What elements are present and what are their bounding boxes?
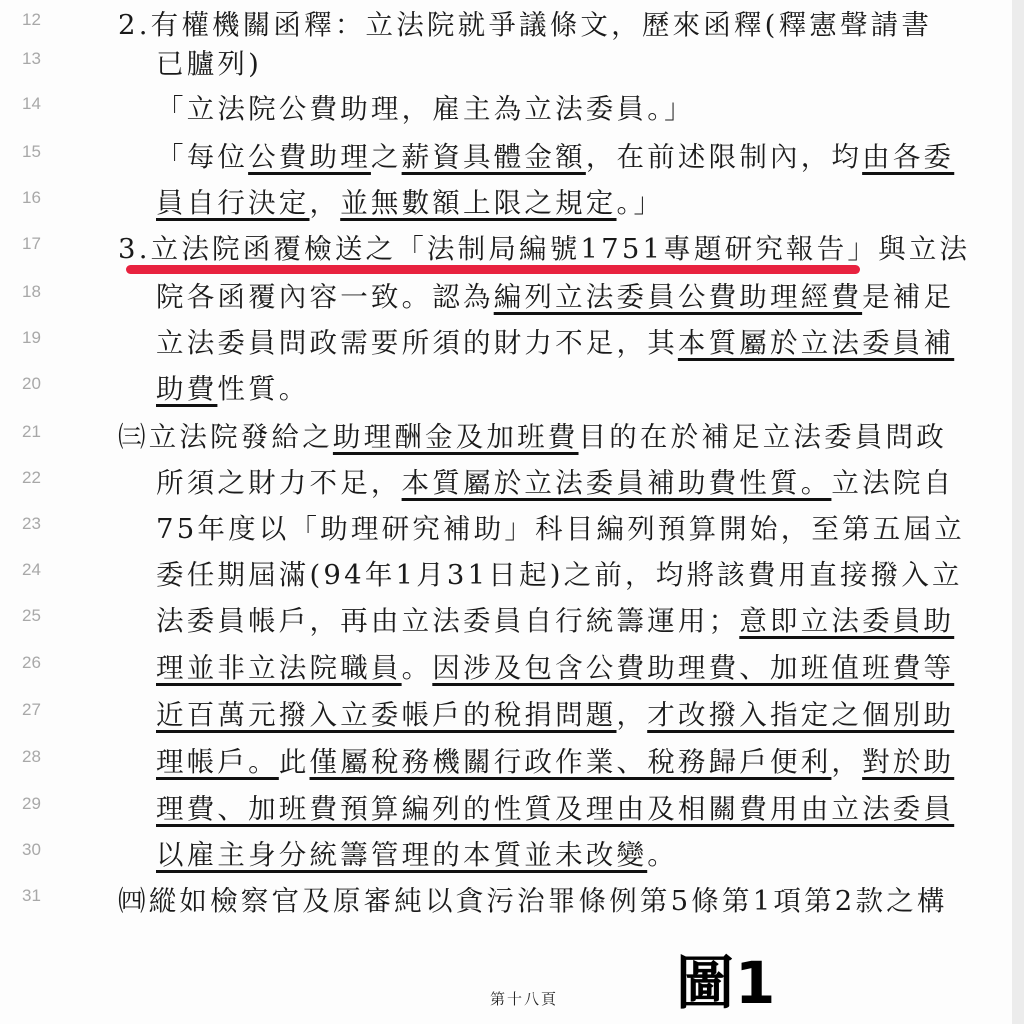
line-text: 近百萬元撥入立委帳戶的稅捐問題，才改撥入指定之個別助 bbox=[156, 692, 954, 738]
figure-label: 圖1 bbox=[676, 948, 776, 1018]
document-line: 21㈢立法院發給之助理酬金及加班費目的在於補足立法委員問政 bbox=[0, 414, 1012, 460]
red-highlight-underline bbox=[126, 265, 860, 274]
text-segment: ， bbox=[831, 746, 862, 778]
document-line: 16員自行決定，並無數額上限之規定。」 bbox=[0, 180, 1012, 226]
underlined-text: 才改撥入指定之個別助 bbox=[647, 699, 954, 731]
line-text: 「立法院公費助理，雇主為立法委員。」 bbox=[156, 86, 695, 132]
document-line: 26理並非立法院職員。因涉及包含公費助理費、加班值班費等 bbox=[0, 645, 1012, 691]
document-line: 28理帳戶。此僅屬稅務機關行政作業、稅務歸戶便利，對於助 bbox=[0, 739, 1012, 785]
line-text: 委任期屆滿(94年1月31日起)之前，均將該費用直接撥入立 bbox=[156, 552, 963, 598]
document-line: 27近百萬元撥入立委帳戶的稅捐問題，才改撥入指定之個別助 bbox=[0, 692, 1012, 738]
underlined-text: 僅屬稅務機關行政作業、稅務歸戶便利 bbox=[310, 746, 832, 778]
document-line: 13已臚列) bbox=[0, 41, 1012, 87]
text-segment: 。 bbox=[647, 839, 678, 871]
underlined-text: 並無數額上限之規定 bbox=[340, 187, 616, 219]
underlined-text: 本質屬於立法委員補助費性質。 bbox=[402, 467, 832, 499]
text-segment: 「立法院公費助理，雇主為立法委員。」 bbox=[156, 93, 695, 125]
underlined-text: 意即立法委員助 bbox=[739, 605, 954, 637]
text-segment: 75年度以「助理研究補助」科目編列預算開始，至第五屆立 bbox=[156, 513, 965, 545]
document-line: 24委任期屆滿(94年1月31日起)之前，均將該費用直接撥入立 bbox=[0, 552, 1012, 598]
line-text: 所須之財力不足，本質屬於立法委員補助費性質。立法院自 bbox=[156, 460, 954, 506]
text-segment: 。」 bbox=[617, 187, 665, 219]
text-segment: 是補足 bbox=[862, 281, 954, 313]
line-text: 以雇主身分統籌管理的本質並未改變。 bbox=[156, 832, 678, 878]
line-number: 17 bbox=[22, 234, 56, 254]
underlined-text: 助費 bbox=[156, 373, 217, 405]
line-text: ㈢立法院發給之助理酬金及加班費目的在於補足立法委員問政 bbox=[118, 414, 947, 460]
line-text: 理費、加班費預算編列的性質及理由及相關費用由立法委員 bbox=[156, 786, 954, 832]
document-line: 2375年度以「助理研究補助」科目編列預算開始，至第五屆立 bbox=[0, 506, 1012, 552]
text-segment: 2.有權機關函釋：立法院就爭議條文，歷來函釋(釋憲聲請書 bbox=[118, 9, 932, 41]
line-number: 21 bbox=[22, 422, 56, 442]
document-line: 15「每位公費助理之薪資具體金額，在前述限制內，均由各委 bbox=[0, 134, 1012, 180]
line-text: 院各函覆內容一致。認為編列立法委員公費助理經費是補足 bbox=[156, 274, 954, 320]
document-line: 19立法委員問政需要所須的財力不足，其本質屬於立法委員補 bbox=[0, 320, 1012, 366]
line-text: 法委員帳戶，再由立法委員自行統籌運用；意即立法委員助 bbox=[156, 598, 954, 644]
document-line: 14「立法院公費助理，雇主為立法委員。」 bbox=[0, 86, 1012, 132]
underlined-text: 以雇主身分統籌管理的本質並未改變 bbox=[156, 839, 647, 871]
document-line: 30以雇主身分統籌管理的本質並未改變。 bbox=[0, 832, 1012, 878]
line-text: 助費性質。 bbox=[156, 366, 310, 412]
line-number: 31 bbox=[22, 886, 56, 906]
line-number: 12 bbox=[22, 10, 56, 30]
line-number: 30 bbox=[22, 840, 56, 860]
line-number: 16 bbox=[22, 188, 56, 208]
line-number: 29 bbox=[22, 794, 56, 814]
document-line: 29理費、加班費預算編列的性質及理由及相關費用由立法委員 bbox=[0, 786, 1012, 832]
underlined-text: 理並非立法院職員 bbox=[156, 652, 402, 684]
text-segment: ，在前述限制內，均 bbox=[586, 141, 862, 173]
underlined-text: 助理酬金及加班費 bbox=[333, 421, 579, 453]
underlined-text: 由各委 bbox=[862, 141, 954, 173]
underlined-text: 理費、加班費預算編列的性質及理由及相關費用由立法委員 bbox=[156, 793, 954, 825]
text-segment: 所須之財力不足， bbox=[156, 467, 402, 499]
page-number: 第十八頁 bbox=[490, 988, 558, 1009]
line-number: 13 bbox=[22, 49, 56, 69]
text-segment: 此 bbox=[279, 746, 310, 778]
text-segment: ㈣縱如檢察官及原審純以貪污治罪條例第5條第1項第2款之構 bbox=[118, 885, 948, 917]
document-line: 22所須之財力不足，本質屬於立法委員補助費性質。立法院自 bbox=[0, 460, 1012, 506]
text-segment: 法委員帳戶，再由立法委員自行統籌運用； bbox=[156, 605, 739, 637]
line-number: 23 bbox=[22, 514, 56, 534]
line-number: 19 bbox=[22, 328, 56, 348]
underlined-text: 近百萬元撥入立委帳戶的稅捐問題 bbox=[156, 699, 617, 731]
underlined-text: 理帳戶。 bbox=[156, 746, 279, 778]
text-segment: ， bbox=[617, 699, 648, 731]
text-segment: 之 bbox=[371, 141, 402, 173]
text-segment: ㈢立法院發給之 bbox=[118, 421, 333, 453]
underlined-text: 本質屬於立法委員補 bbox=[678, 327, 954, 359]
line-text: 已臚列) bbox=[156, 41, 262, 87]
underlined-text: 薪資具體金額 bbox=[402, 141, 586, 173]
line-number: 22 bbox=[22, 468, 56, 488]
text-segment: 「每位 bbox=[156, 141, 248, 173]
text-segment: 目的在於補足立法委員問政 bbox=[579, 421, 947, 453]
line-number: 27 bbox=[22, 700, 56, 720]
line-text: ㈣縱如檢察官及原審純以貪污治罪條例第5條第1項第2款之構 bbox=[118, 878, 948, 924]
line-number: 14 bbox=[22, 94, 56, 114]
text-segment: 。 bbox=[402, 652, 433, 684]
line-text: 立法委員問政需要所須的財力不足，其本質屬於立法委員補 bbox=[156, 320, 954, 366]
line-text: 理並非立法院職員。因涉及包含公費助理費、加班值班費等 bbox=[156, 645, 954, 691]
text-segment: ， bbox=[310, 187, 341, 219]
line-number: 20 bbox=[22, 374, 56, 394]
text-segment: 3.立法院函覆檢送之「法制局編號1751專題研究報告」與立法 bbox=[118, 233, 970, 265]
document-line: 20助費性質。 bbox=[0, 366, 1012, 412]
line-number: 28 bbox=[22, 747, 56, 767]
text-segment: 委任期屆滿(94年1月31日起)之前，均將該費用直接撥入立 bbox=[156, 559, 963, 591]
line-text: 「每位公費助理之薪資具體金額，在前述限制內，均由各委 bbox=[156, 134, 954, 180]
document-line: 25法委員帳戶，再由立法委員自行統籌運用；意即立法委員助 bbox=[0, 598, 1012, 644]
line-number: 15 bbox=[22, 142, 56, 162]
text-segment: 性質。 bbox=[217, 373, 309, 405]
page-edge-strip bbox=[1012, 0, 1024, 1024]
underlined-text: 對於助 bbox=[862, 746, 954, 778]
text-segment: 已臚列) bbox=[156, 48, 262, 80]
line-number: 26 bbox=[22, 653, 56, 673]
text-segment: 立法委員問政需要所須的財力不足，其 bbox=[156, 327, 678, 359]
line-text: 員自行決定，並無數額上限之規定。」 bbox=[156, 180, 664, 226]
document-line: 18院各函覆內容一致。認為編列立法委員公費助理經費是補足 bbox=[0, 274, 1012, 320]
underlined-text: 因涉及包含公費助理費、加班值班費等 bbox=[432, 652, 954, 684]
text-segment: 立法院自 bbox=[831, 467, 954, 499]
document-line: 31㈣縱如檢察官及原審純以貪污治罪條例第5條第1項第2款之構 bbox=[0, 878, 1012, 924]
underlined-text: 公費助理 bbox=[248, 141, 371, 173]
text-segment: 院各函覆內容一致。認為 bbox=[156, 281, 494, 313]
line-number: 24 bbox=[22, 560, 56, 580]
underlined-text: 員自行決定 bbox=[156, 187, 310, 219]
line-number: 18 bbox=[22, 282, 56, 302]
line-text: 理帳戶。此僅屬稅務機關行政作業、稅務歸戶便利，對於助 bbox=[156, 739, 954, 785]
line-text: 75年度以「助理研究補助」科目編列預算開始，至第五屆立 bbox=[156, 506, 965, 552]
underlined-text: 編列立法委員公費助理經費 bbox=[494, 281, 862, 313]
line-number: 25 bbox=[22, 606, 56, 626]
document-page: 122.有權機關函釋：立法院就爭議條文，歷來函釋(釋憲聲請書13已臚列)14「立… bbox=[0, 0, 1012, 1024]
